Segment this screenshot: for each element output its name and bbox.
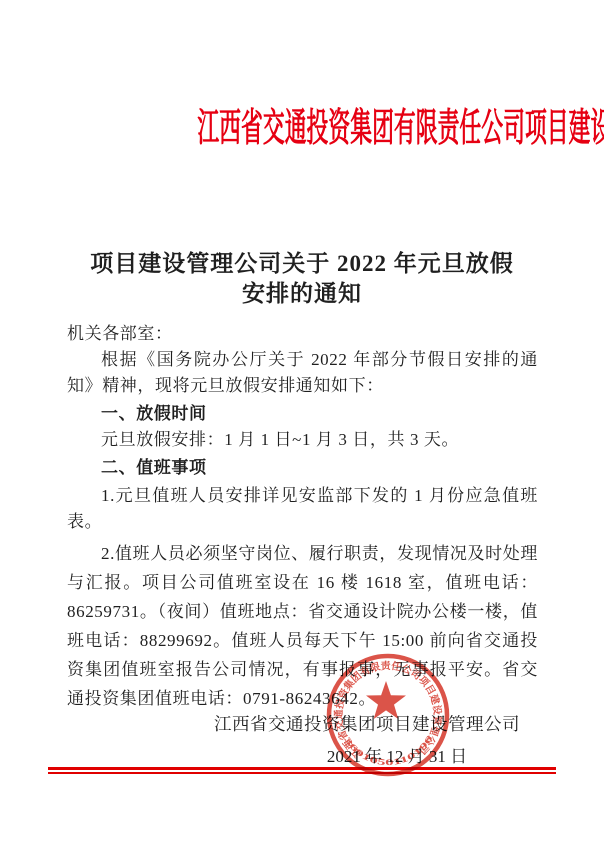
doc-title-line1: 项目建设管理公司关于 2022 年元旦放假 — [0, 249, 604, 279]
doc-title-line2: 安排的通知 — [0, 279, 604, 309]
section-2-heading: 二、值班事项 — [67, 455, 538, 481]
footer-rule-thin — [48, 772, 556, 774]
section-1-text: 元旦放假安排：1 月 1 日~1 月 3 日，共 3 天。 — [67, 427, 538, 453]
letterhead-company-name: 江西省交通投资集团有限责任公司项目建设管理公司 — [197, 97, 604, 153]
letterhead: 江西省交通投资集团有限责任公司项目建设管理公司 — [0, 97, 604, 153]
doc-title: 项目建设管理公司关于 2022 年元旦放假 安排的通知 — [0, 249, 604, 309]
doc-body: 机关各部室： 根据《国务院办公厅关于 2022 年部分节假日安排的通知》精神，现… — [67, 321, 538, 713]
intro-paragraph: 根据《国务院办公厅关于 2022 年部分节假日安排的通知》精神，现将元旦放假安排… — [67, 347, 538, 399]
section-1-heading: 一、放假时间 — [67, 401, 538, 427]
duty-item-2: 2.值班人员必须坚守岗位、履行职责，发现情况及时处理与汇报。项目公司值班室设在 … — [67, 539, 538, 713]
duty-item-1: 1.元旦值班人员安排详见安监部下发的 1 月份应急值班表。 — [67, 483, 538, 535]
document-page: 江西省交通投资集团有限责任公司项目建设管理公司 项目建设管理公司关于 2022 … — [0, 0, 604, 846]
footer-rule-thick — [48, 767, 556, 770]
signature-company: 江西省交通投资集团项目建设管理公司 — [0, 711, 520, 736]
signature-date: 2021 年 12 月 31 日 — [297, 742, 497, 767]
salutation: 机关各部室： — [67, 321, 538, 347]
